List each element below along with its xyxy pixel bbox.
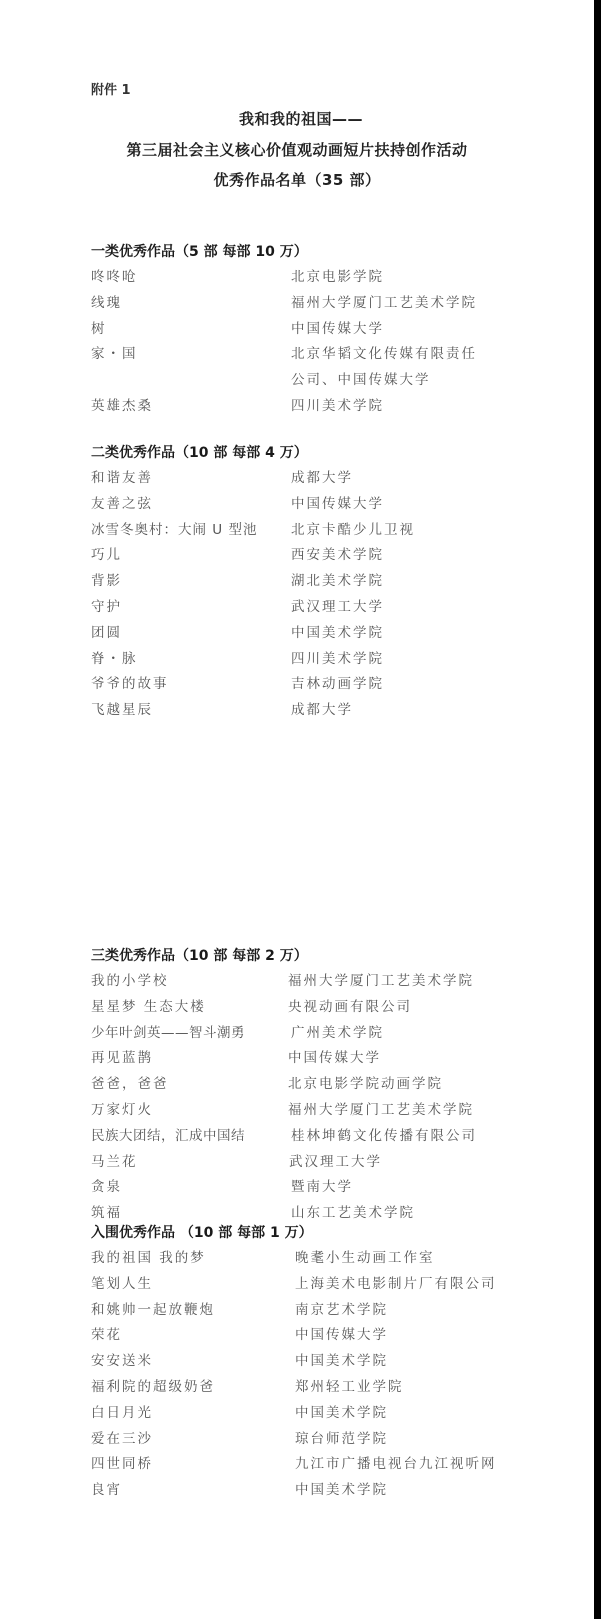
work-title: 友善之弦 xyxy=(91,492,153,518)
list-item: 英雄杰桑 四川美术学院 xyxy=(91,394,511,420)
work-title: 团圆 xyxy=(91,621,122,647)
work-title: 我的祖国 我的梦 xyxy=(91,1246,206,1272)
title-line-1: 我和我的祖国—— xyxy=(4,108,598,129)
work-title: 四世同桥 xyxy=(91,1452,153,1478)
section-heading: 二类优秀作品（10 部 每部 4 万） xyxy=(91,440,511,466)
work-title: 巧儿 xyxy=(91,543,122,569)
list-item: 树 中国传媒大学 xyxy=(91,317,511,343)
section-shortlisted: 入围优秀作品 （10 部 每部 1 万） 我的祖国 我的梦 晚耄小生动画工作室 … xyxy=(91,1220,511,1504)
list-item: 我的祖国 我的梦 晚耄小生动画工作室 xyxy=(91,1246,511,1272)
work-title: 冰雪冬奥村：大闹 U 型池 xyxy=(91,518,257,544)
list-item: 少年叶剑英——智斗潮勇 广州美术学院 xyxy=(91,1021,511,1047)
organization: 暨南大学 xyxy=(291,1175,353,1201)
list-item: 飞越星辰 成都大学 xyxy=(91,698,511,724)
list-item: 良宵 中国美术学院 xyxy=(91,1478,511,1504)
title-line-2: 第三届社会主义核心价值观动画短片扶持创作活动 xyxy=(0,139,594,160)
page-edge-border xyxy=(594,0,601,1619)
organization: 央视动画有限公司 xyxy=(288,995,412,1021)
organization-line-1: 北京华韬文化传媒有限责任 xyxy=(291,342,477,368)
organization: 九江市广播电视台九江视听网 xyxy=(295,1452,497,1478)
organization: 湖北美术学院 xyxy=(291,569,384,595)
list-item: 星星梦 生态大楼 央视动画有限公司 xyxy=(91,995,511,1021)
organization-line-2: 公司、中国传媒大学 xyxy=(291,368,477,394)
work-title: 福利院的超级奶爸 xyxy=(91,1375,215,1401)
title-line-3: 优秀作品名单（35 部） xyxy=(0,169,594,190)
work-title: 守护 xyxy=(91,595,122,621)
list-item: 安安送米 中国美术学院 xyxy=(91,1349,511,1375)
organization: 中国传媒大学 xyxy=(288,1046,381,1072)
list-item: 我的小学校 福州大学厦门工艺美术学院 xyxy=(91,969,511,995)
organization: 北京华韬文化传媒有限责任 公司、中国传媒大学 xyxy=(291,342,477,394)
organization: 中国传媒大学 xyxy=(295,1323,388,1349)
list-item: 背影 湖北美术学院 xyxy=(91,569,511,595)
organization: 北京电影学院动画学院 xyxy=(288,1072,443,1098)
work-title: 树 xyxy=(91,317,107,343)
list-item: 再见蓝鹊 中国传媒大学 xyxy=(91,1046,511,1072)
list-item: 白日月光 中国美术学院 xyxy=(91,1401,511,1427)
organization: 成都大学 xyxy=(291,698,353,724)
work-title: 民族大团结，汇成中国结 xyxy=(91,1124,245,1150)
list-item: 福利院的超级奶爸 郑州轻工业学院 xyxy=(91,1375,511,1401)
list-item: 民族大团结，汇成中国结 桂林坤鹤文化传播有限公司 xyxy=(91,1124,511,1150)
list-item: 爷爷的故事 吉林动画学院 xyxy=(91,672,511,698)
section-class-3: 三类优秀作品（10 部 每部 2 万） 我的小学校 福州大学厦门工艺美术学院 星… xyxy=(91,943,511,1227)
list-item: 爱在三沙 琼台师范学院 xyxy=(91,1427,511,1453)
list-item: 爸爸，爸爸 北京电影学院动画学院 xyxy=(91,1072,511,1098)
section-heading: 入围优秀作品 （10 部 每部 1 万） xyxy=(91,1220,511,1246)
work-title: 和姚帅一起放鞭炮 xyxy=(91,1298,215,1324)
work-title: 飞越星辰 xyxy=(91,698,153,724)
list-item: 团圆 中国美术学院 xyxy=(91,621,511,647)
list-item: 友善之弦 中国传媒大学 xyxy=(91,492,511,518)
work-title: 少年叶剑英——智斗潮勇 xyxy=(91,1021,245,1047)
work-title: 安安送米 xyxy=(91,1349,153,1375)
organization: 吉林动画学院 xyxy=(291,672,384,698)
organization: 武汉理工大学 xyxy=(291,595,384,621)
list-item: 和姚帅一起放鞭炮 南京艺术学院 xyxy=(91,1298,511,1324)
list-item: 四世同桥 九江市广播电视台九江视听网 xyxy=(91,1452,511,1478)
organization: 中国美术学院 xyxy=(295,1478,388,1504)
organization: 福州大学厦门工艺美术学院 xyxy=(288,1098,474,1124)
list-item: 线瑰 福州大学厦门工艺美术学院 xyxy=(91,291,511,317)
organization: 北京电影学院 xyxy=(291,265,384,291)
section-class-2: 二类优秀作品（10 部 每部 4 万） 和谐友善 成都大学 友善之弦 中国传媒大… xyxy=(91,440,511,724)
work-title: 和谐友善 xyxy=(91,466,153,492)
list-item: 万家灯火 福州大学厦门工艺美术学院 xyxy=(91,1098,511,1124)
work-title: 良宵 xyxy=(91,1478,122,1504)
list-item: 咚咚呛 北京电影学院 xyxy=(91,265,511,291)
work-title: 英雄杰桑 xyxy=(91,394,153,420)
organization: 南京艺术学院 xyxy=(295,1298,388,1324)
list-item: 冰雪冬奥村：大闹 U 型池 北京卡酷少儿卫视 xyxy=(91,518,511,544)
organization: 上海美术电影制片厂有限公司 xyxy=(295,1272,497,1298)
section-heading: 一类优秀作品（5 部 每部 10 万） xyxy=(91,239,511,265)
list-item: 守护 武汉理工大学 xyxy=(91,595,511,621)
organization: 桂林坤鹤文化传播有限公司 xyxy=(291,1124,477,1150)
work-title: 背影 xyxy=(91,569,122,595)
list-item: 家・国 北京华韬文化传媒有限责任 公司、中国传媒大学 xyxy=(91,342,511,394)
organization: 福州大学厦门工艺美术学院 xyxy=(288,969,474,995)
work-title: 咚咚呛 xyxy=(91,265,138,291)
list-item: 脊・脉 四川美术学院 xyxy=(91,647,511,673)
organization: 中国传媒大学 xyxy=(291,492,384,518)
organization: 成都大学 xyxy=(291,466,353,492)
section-heading: 三类优秀作品（10 部 每部 2 万） xyxy=(91,943,511,969)
organization: 四川美术学院 xyxy=(291,647,384,673)
work-title: 笔划人生 xyxy=(91,1272,153,1298)
list-item: 巧儿 西安美术学院 xyxy=(91,543,511,569)
work-title: 我的小学校 xyxy=(91,969,169,995)
work-title: 爱在三沙 xyxy=(91,1427,153,1453)
organization: 晚耄小生动画工作室 xyxy=(295,1246,435,1272)
organization: 武汉理工大学 xyxy=(289,1150,382,1176)
work-title: 再见蓝鹊 xyxy=(91,1046,153,1072)
work-title: 白日月光 xyxy=(91,1401,153,1427)
attachment-label: 附件 1 xyxy=(91,79,131,98)
organization: 西安美术学院 xyxy=(291,543,384,569)
list-item: 马兰花 武汉理工大学 xyxy=(91,1150,511,1176)
organization: 中国传媒大学 xyxy=(291,317,384,343)
work-title: 星星梦 生态大楼 xyxy=(91,995,206,1021)
organization: 福州大学厦门工艺美术学院 xyxy=(291,291,477,317)
work-title: 荣花 xyxy=(91,1323,122,1349)
work-title: 脊・脉 xyxy=(91,647,138,673)
list-item: 和谐友善 成都大学 xyxy=(91,466,511,492)
organization: 中国美术学院 xyxy=(291,621,384,647)
work-title: 爸爸，爸爸 xyxy=(91,1072,169,1098)
list-item: 贪泉 暨南大学 xyxy=(91,1175,511,1201)
organization: 北京卡酷少儿卫视 xyxy=(291,518,415,544)
organization: 广州美术学院 xyxy=(291,1021,384,1047)
work-title: 马兰花 xyxy=(91,1150,138,1176)
work-title: 爷爷的故事 xyxy=(91,672,169,698)
organization: 中国美术学院 xyxy=(295,1401,388,1427)
section-class-1: 一类优秀作品（5 部 每部 10 万） 咚咚呛 北京电影学院 线瑰 福州大学厦门… xyxy=(91,239,511,420)
work-title: 贪泉 xyxy=(91,1175,122,1201)
organization: 四川美术学院 xyxy=(291,394,384,420)
list-item: 笔划人生 上海美术电影制片厂有限公司 xyxy=(91,1272,511,1298)
work-title: 家・国 xyxy=(91,342,138,368)
work-title: 万家灯火 xyxy=(91,1098,153,1124)
organization: 中国美术学院 xyxy=(295,1349,388,1375)
list-item: 荣花 中国传媒大学 xyxy=(91,1323,511,1349)
organization: 郑州轻工业学院 xyxy=(295,1375,404,1401)
organization: 琼台师范学院 xyxy=(295,1427,388,1453)
work-title: 线瑰 xyxy=(91,291,122,317)
